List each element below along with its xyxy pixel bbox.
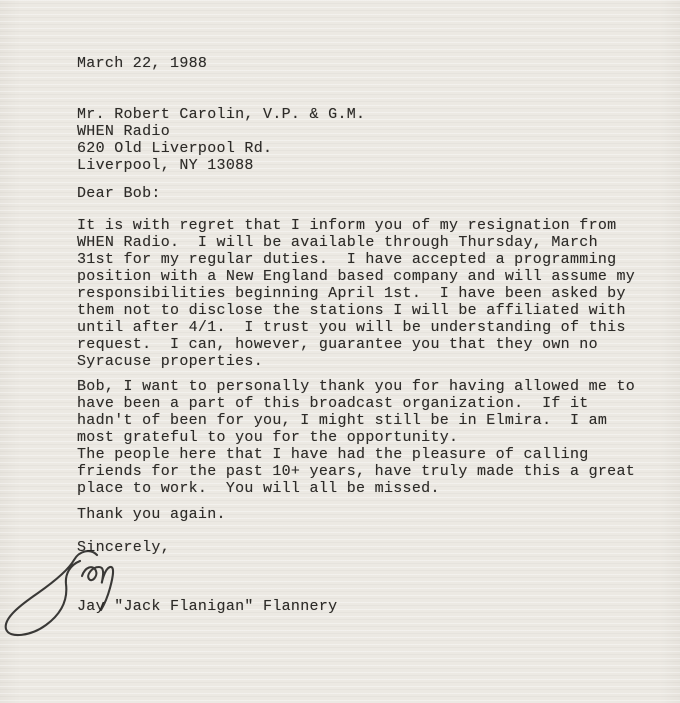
letter-date: March 22, 1988 bbox=[77, 55, 640, 72]
handwritten-signature-scrawl bbox=[0, 545, 132, 647]
recipient-street: 620 Old Liverpool Rd. bbox=[77, 140, 640, 157]
typed-signature-name: Jay "Jack Flanigan" Flannery bbox=[77, 598, 640, 615]
recipient-city: Liverpool, NY 13088 bbox=[77, 157, 640, 174]
recipient-address-block: Mr. Robert Carolin, V.P. & G.M. WHEN Rad… bbox=[77, 106, 640, 174]
body-paragraph-1: It is with regret that I inform you of m… bbox=[77, 217, 640, 370]
salutation: Dear Bob: bbox=[77, 185, 640, 202]
letter-page: March 22, 1988 Mr. Robert Carolin, V.P. … bbox=[0, 0, 680, 703]
recipient-name: Mr. Robert Carolin, V.P. & G.M. bbox=[77, 106, 640, 123]
closing-thanks: Thank you again. bbox=[77, 506, 640, 523]
body-paragraph-2: Bob, I want to personally thank you for … bbox=[77, 378, 640, 497]
recipient-company: WHEN Radio bbox=[77, 123, 640, 140]
signoff: Sincerely, bbox=[77, 539, 640, 556]
